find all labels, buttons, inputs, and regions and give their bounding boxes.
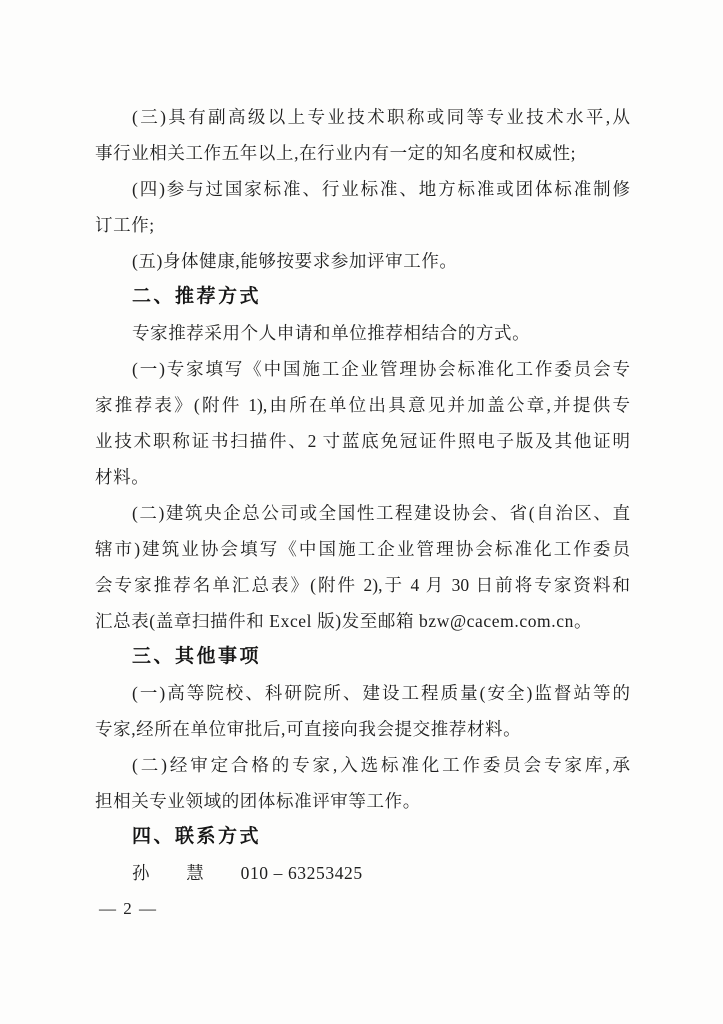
document-page: (三)具有副高级以上专业技术职称或同等专业技术水平,从 事行业相关工作五年以上,… xyxy=(0,0,723,1024)
line-other-item-2b: 担相关专业领域的团体标准评审等工作。 xyxy=(95,783,630,819)
line-other-item-2a: (二)经审定合格的专家,入选标准化工作委员会专家库,承 xyxy=(95,747,630,783)
line-rec-item-1b: 家推荐表》(附件 1),由所在单位出具意见并加盖公章,并提供专 xyxy=(95,387,630,423)
line-rec-item-2b: 辖市)建筑业协会填写《中国施工企业管理协会标准化工作委员 xyxy=(95,531,630,567)
line-criteria-5: (五)身体健康,能够按要求参加评审工作。 xyxy=(95,243,630,279)
line-criteria-4a: (四)参与过国家标准、行业标准、地方标准或团体标准制修 xyxy=(95,171,630,207)
heading-section-3-other-matters: 三、其他事项 xyxy=(95,639,630,675)
line-criteria-3b: 事行业相关工作五年以上,在行业内有一定的知名度和权威性; xyxy=(95,135,630,171)
line-rec-item-1a: (一)专家填写《中国施工企业管理协会标准化工作委员会专 xyxy=(95,351,630,387)
line-contact-name-phone: 孙 慧 010 – 63253425 xyxy=(95,855,630,891)
line-criteria-3a: (三)具有副高级以上专业技术职称或同等专业技术水平,从 xyxy=(95,99,630,135)
line-other-item-1a: (一)高等院校、科研院所、建设工程质量(安全)监督站等的 xyxy=(95,675,630,711)
line-rec-item-2d-email: 汇总表(盖章扫描件和 Excel 版)发至邮箱 bzw@cacem.com.cn… xyxy=(95,603,630,639)
line-other-item-1b: 专家,经所在单位审批后,可直接向我会提交推荐材料。 xyxy=(95,711,630,747)
page-number: — 2 — xyxy=(99,897,158,921)
line-rec-item-1c: 业技术职称证书扫描件、2 寸蓝底免冠证件照电子版及其他证明 xyxy=(95,423,630,459)
heading-section-2-recommendation-method: 二、推荐方式 xyxy=(95,279,630,315)
line-recommendation-intro: 专家推荐采用个人申请和单位推荐相结合的方式。 xyxy=(95,315,630,351)
heading-section-4-contact-info: 四、联系方式 xyxy=(95,819,630,855)
line-rec-item-2c: 会专家推荐名单汇总表》(附件 2),于 4 月 30 日前将专家资料和 xyxy=(95,567,630,603)
line-rec-item-1d: 材料。 xyxy=(95,459,630,495)
line-rec-item-2a: (二)建筑央企总公司或全国性工程建设协会、省(自治区、直 xyxy=(95,495,630,531)
line-criteria-4b: 订工作; xyxy=(95,207,630,243)
document-body: (三)具有副高级以上专业技术职称或同等专业技术水平,从 事行业相关工作五年以上,… xyxy=(95,99,630,891)
